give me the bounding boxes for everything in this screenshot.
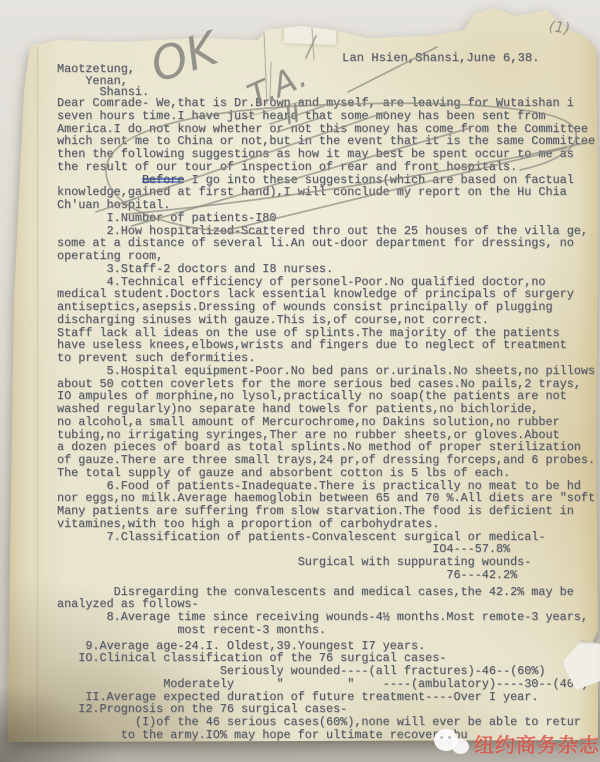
letter-line: I.Number of patients-I80 [57,212,595,225]
wechat-bubbles-icon [434,727,474,759]
letter-line: vitamines,with too high a proportion of … [57,518,595,531]
letter-line: Ch'uan hospital. [57,199,595,212]
tape-mark [284,23,337,45]
paper-crease [36,46,39,742]
letter-line: washed regularly)no separate hand towels… [57,403,595,416]
letter-body: Dear Comrade- We,that is Dr.Brown and my… [57,97,595,742]
letter-line: no alcohol,a small amount of Mercurochro… [57,416,595,429]
letter-line: Many patients are suffering from slow st… [57,505,595,518]
letter-line: Seriously wounded----(all fractures)-46-… [57,665,595,678]
letter-line: Surgical with suppurating wounds- [57,556,595,569]
photographed-letter: Lan Hsien,Shansi,June 6,38. Maotzetung, … [0,0,600,762]
letter-line: Dear Comrade- We,that is Dr.Brown and my… [57,97,595,110]
dateline: Lan Hsien,Shansi,June 6,38. [342,51,539,65]
letter-line: Moderately " " ----(ambulatory)----30--(… [57,678,595,691]
letter-line: then the following suggestions as how it… [57,148,595,161]
letter-line: of gauze.There are three small trays,24 … [57,454,595,467]
letter-line: to prevent such deformities. [57,352,595,365]
letter-line: antiseptics,asepsis.Dressing of wounds c… [57,301,595,314]
recipient-address: Maotzetung, Yenan, Shansi. [57,64,149,99]
watermark: 纽约商务杂志 [434,727,600,759]
letter-line: most recent-3 months. [57,624,595,637]
paper-shadow-wrap: Lan Hsien,Shansi,June 6,38. Maotzetung, … [0,0,600,762]
letter-line: 76---42.2% [57,569,595,582]
letter-paper: Lan Hsien,Shansi,June 6,38. Maotzetung, … [0,0,600,762]
letter-line: seven hours time.I have just heard that … [57,110,595,123]
letter-line: discharging sinuses with gauze.This is,o… [57,314,595,327]
letter-line: 8.Average time since receiving wounds-4½… [57,611,595,624]
letter-line: 5.Hospital equipment-Poor.No bed pans or… [57,365,595,378]
letter-line: The total supply of gauze and absorbent … [57,467,595,480]
letter-line: 3.Staff-2 doctors and I8 nurses. [57,263,595,276]
watermark-text: 纽约商务杂志 [474,729,600,758]
letter-line: operating room, [57,250,595,263]
